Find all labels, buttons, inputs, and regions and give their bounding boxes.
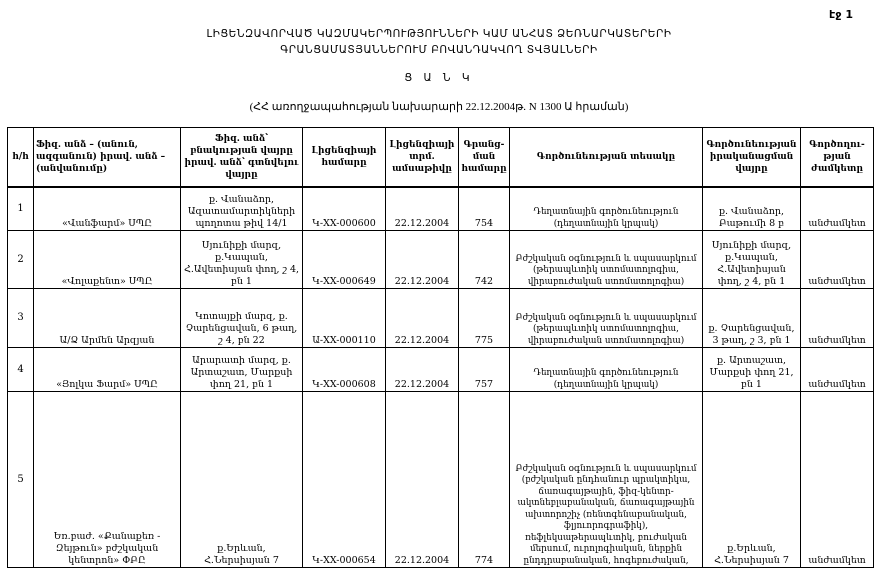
validity-term: անժամկետ — [801, 187, 874, 231]
activity-type: Բժշկական օգնություն և սպասարկում (թերապև… — [510, 231, 703, 289]
row-number: 1 — [8, 187, 34, 231]
document-title-list: Ց Ա Ն Կ — [0, 72, 878, 84]
validity-term: անժամկետ — [801, 289, 874, 348]
entity-address: Սյունիքի մարզ, ք.Կապան, Հ.Ավետիսյան փող,… — [181, 231, 303, 289]
table-row: 1 «Վանֆարմ» ՍՊԸ ք. Վանաձոր, Ազատամարտիկն… — [8, 187, 874, 231]
table-row: 3 Ա/Ձ Արմեն Արզյան Կոտայքի մարզ, ք. Չարե… — [8, 289, 874, 348]
activity-location: Սյունիքի մարզ, ք.Կապան, Հ.Ավետիսյան փող,… — [703, 231, 801, 289]
document-subtitle: (ՀՀ առողջապահության նախարարի 22.12.2004թ… — [0, 100, 878, 113]
entity-address: ք. Վանաձոր, Ազատամարտիկների պողոտա թիվ 1… — [181, 187, 303, 231]
table-row: 5 Եռ.բաժ. «Քանաքեռ - Զեյթուն» բժշկական կ… — [8, 392, 874, 568]
entity-address: ք.Երևան, Հ.Ներսիսյան 7 — [181, 392, 303, 568]
entity-address: Արարատի մարզ, ք. Արտաշատ, Մարքսի փող 21,… — [181, 348, 303, 392]
header-term: Գործողու-թյան ժամկետը — [801, 128, 874, 188]
issue-date: 22.12.2004 — [386, 187, 459, 231]
table-row: 2 «Վոլաքենտ» ՍՊԸ Սյունիքի մարզ, ք.Կապան,… — [8, 231, 874, 289]
license-number: Կ-XX-000654 — [303, 392, 386, 568]
entity-name: «Վանֆարմ» ՍՊԸ — [34, 187, 181, 231]
header-license-no: Լիցենզիայի համարը — [303, 128, 386, 188]
registration-number: 774 — [459, 392, 510, 568]
registration-number: 775 — [459, 289, 510, 348]
license-registry-table: հ/հ Ֆիզ. անձ – (անուն, ազգանուն) իրավ. ա… — [7, 127, 874, 568]
validity-term: անժամկետ — [801, 392, 874, 568]
registration-number: 742 — [459, 231, 510, 289]
license-number: Կ-XX-000649 — [303, 231, 386, 289]
header-address: Ֆիզ. անձ՝ բնակության վայրը իրավ. անձ՝ գտ… — [181, 128, 303, 188]
row-number: 5 — [8, 392, 34, 568]
entity-name: «Վոլաքենտ» ՍՊԸ — [34, 231, 181, 289]
row-number: 2 — [8, 231, 34, 289]
activity-type: Բժշկական օգնություն և սպասարկում (թերապև… — [510, 289, 703, 348]
table-row: 4 «Յոլկա Ֆարմ» ՍՊԸ Արարատի մարզ, ք. Արտա… — [8, 348, 874, 392]
validity-term: անժամկետ — [801, 231, 874, 289]
header-reg-no: Գրանց-ման համարը — [459, 128, 510, 188]
activity-location: ք. Վանաձոր, Բաթումի 8 բ — [703, 187, 801, 231]
entity-name: Եռ.բաժ. «Քանաքեռ - Զեյթուն» բժշկական կեն… — [34, 392, 181, 568]
row-number: 3 — [8, 289, 34, 348]
issue-date: 22.12.2004 — [386, 289, 459, 348]
entity-name: «Յոլկա Ֆարմ» ՍՊԸ — [34, 348, 181, 392]
row-number: 4 — [8, 348, 34, 392]
registration-number: 757 — [459, 348, 510, 392]
header-number: հ/հ — [8, 128, 34, 188]
entity-address: Կոտայքի մարզ, ք. Չարենցավան, 6 թաղ, շ 4,… — [181, 289, 303, 348]
table-header-row: հ/հ Ֆիզ. անձ – (անուն, ազգանուն) իրավ. ա… — [8, 128, 874, 188]
activity-location: ք.Երևան, Հ.Ներսիսյան 7 — [703, 392, 801, 568]
activity-type: Դեղատնային գործունեություն (դեղատնային կ… — [510, 187, 703, 231]
activity-type: Դեղատնային գործունեություն (դեղատնային կ… — [510, 348, 703, 392]
validity-term: անժամկետ — [801, 348, 874, 392]
activity-location: ք. Արտաշատ, Մարքսի փող 21, բն 1 — [703, 348, 801, 392]
license-number: Կ-XX-000600 — [303, 187, 386, 231]
issue-date: 22.12.2004 — [386, 392, 459, 568]
header-issue-date: Լիցենզիայի տրմ. ամսաթիվը — [386, 128, 459, 188]
header-activity: Գործունեության տեսակը — [510, 128, 703, 188]
issue-date: 22.12.2004 — [386, 231, 459, 289]
activity-type: Բժշկական օգնություն և սպասարկում (բժշկակ… — [510, 392, 703, 568]
registration-number: 754 — [459, 187, 510, 231]
document-title-line-1: ԼԻՑԵՆԶԱՎՈՐՎԱԾ ԿԱԶՄԱԿԵՐՊՈՒԹՅՈՒՆՆԵՐԻ ԿԱՄ Ա… — [0, 28, 878, 40]
license-number: Կ-XX-000608 — [303, 348, 386, 392]
document-title-line-2: ԳՐԱՆՑԱՄԱՏՅԱՆՆԵՐՈՒՄ ԲՈՎԱՆԴԱԿՎՈՂ ՏՎՅԱԼՆԵՐԻ — [0, 44, 878, 56]
page-number: էջ 1 — [829, 8, 853, 21]
issue-date: 22.12.2004 — [386, 348, 459, 392]
license-number: Ա-XX-000110 — [303, 289, 386, 348]
activity-location: ք. Չարենցավան, 3 թաղ, շ 3, բն 1 — [703, 289, 801, 348]
header-location: Գործունեության իրականացման վայրը — [703, 128, 801, 188]
header-name: Ֆիզ. անձ – (անուն, ազգանուն) իրավ. անձ –… — [34, 128, 181, 188]
entity-name: Ա/Ձ Արմեն Արզյան — [34, 289, 181, 348]
